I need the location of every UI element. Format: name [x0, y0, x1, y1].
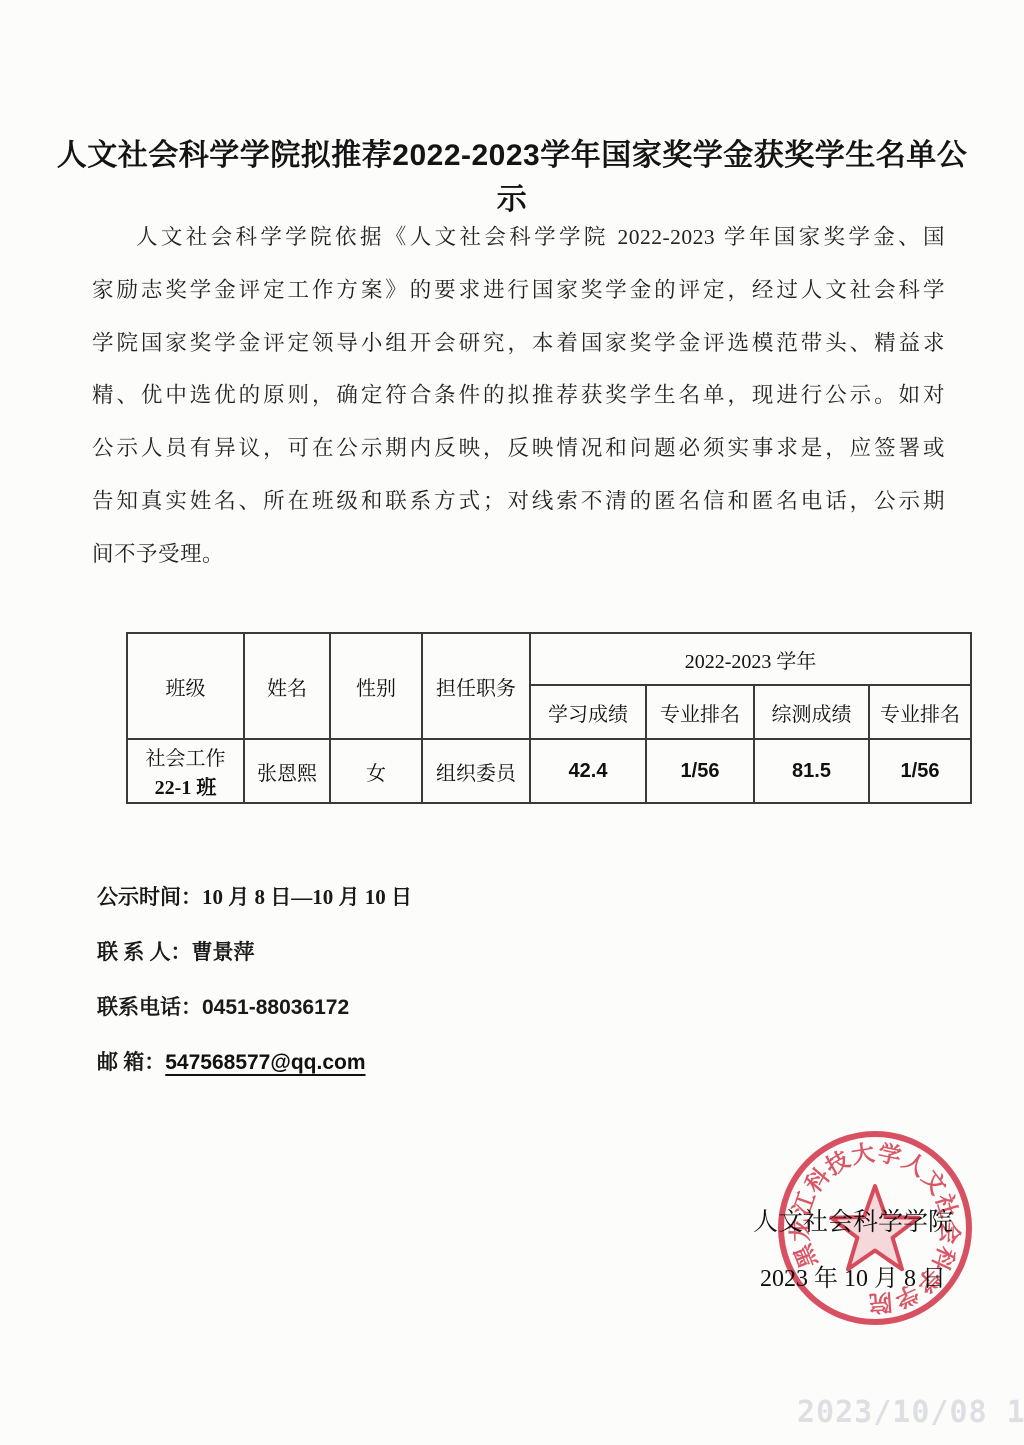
- col-header-gender: 性别: [330, 633, 422, 739]
- col-header-major-rank: 专业排名: [646, 685, 754, 739]
- cell-major-rank: 1/56: [646, 739, 754, 803]
- cell-class: 社会工作 22-1 班: [127, 739, 244, 803]
- award-table: 班级 姓名 性别 担任职务 2022-2023 学年 学习成绩 专业排名 综测成…: [126, 632, 972, 804]
- publicity-period-label: 公示时间：: [97, 885, 202, 909]
- timestamp-watermark: 2023/10/08 15:1: [797, 1395, 1024, 1430]
- paragraph-line: 精、优中选优的原则，确定符合条件的拟推荐获奖学生名单，现进行公示。如对: [92, 369, 945, 422]
- contact-person-line: 联 系 人：曹景萍: [97, 925, 412, 980]
- paragraph-line: 家励志奖学金评定工作方案》的要求进行国家奖学金的评定，经过人文社会科学: [92, 264, 945, 317]
- col-header-position: 担任职务: [422, 633, 530, 739]
- table-row: 社会工作 22-1 班 张恩熙 女 组织委员 42.4 1/56 81.5 1/…: [127, 739, 971, 803]
- cell-class-line2: 22-1 班: [128, 771, 243, 800]
- cell-gender: 女: [330, 739, 422, 803]
- document-title: 人文社会科学学院拟推荐2022-2023学年国家奖学金获奖学生名单公示: [50, 130, 974, 218]
- col-header-comprehensive-score: 综测成绩: [754, 685, 869, 739]
- signature-date: 2023 年 10 月 8 日: [760, 1258, 946, 1293]
- contact-block: 公示时间：10 月 8 日—10 月 10 日 联 系 人：曹景萍 联系电话：0…: [97, 870, 412, 1090]
- document-page: 人文社会科学学院拟推荐2022-2023学年国家奖学金获奖学生名单公示 人文社会…: [0, 0, 1024, 1445]
- signature-organization: 人文社会科学学院: [753, 1202, 953, 1238]
- table-header-row-1: 班级 姓名 性别 担任职务 2022-2023 学年: [127, 633, 971, 685]
- contact-phone-line: 联系电话：0451-88036172: [97, 980, 412, 1035]
- contact-person-value: 曹景萍: [192, 940, 255, 964]
- paragraph-line: 告知真实姓名、所在班级和联系方式；对线索不清的匿名信和匿名电话，公示期: [92, 475, 945, 528]
- paragraph-line: 公示人员有异议，可在公示期内反映，反映情况和问题必须实事求是，应签署或: [92, 422, 945, 475]
- cell-study-score: 42.4: [530, 739, 646, 803]
- body-paragraph: 人文社会科学学院依据《人文社会科学学院 2022-2023 学年国家奖学金、国 …: [92, 211, 945, 581]
- col-header-study-score: 学习成绩: [530, 685, 646, 739]
- paragraph-line: 人文社会科学学院依据《人文社会科学学院 2022-2023 学年国家奖学金、国: [92, 211, 945, 264]
- cell-comprehensive-score: 81.5: [754, 739, 869, 803]
- contact-phone-label: 联系电话：: [97, 995, 202, 1019]
- cell-name: 张恩熙: [244, 739, 330, 803]
- col-header-name: 姓名: [244, 633, 330, 739]
- cell-class-line1: 社会工作: [128, 742, 243, 771]
- cell-major-rank-2: 1/56: [869, 739, 971, 803]
- contact-email-label: 邮 箱：: [97, 1050, 165, 1074]
- paragraph-line: 间不予受理。: [92, 528, 945, 581]
- col-header-class: 班级: [127, 633, 244, 739]
- publicity-period-value: 10 月 8 日—10 月 10 日: [202, 885, 412, 909]
- paragraph-line: 学院国家奖学金评定领导小组开会研究，本着国家奖学金评选模范带头、精益求: [92, 317, 945, 370]
- contact-person-label: 联 系 人：: [97, 940, 192, 964]
- cell-position: 组织委员: [422, 739, 530, 803]
- publicity-period-line: 公示时间：10 月 8 日—10 月 10 日: [97, 870, 412, 925]
- contact-email-line: 邮 箱：547568577@qq.com: [97, 1035, 412, 1090]
- col-header-academic-year: 2022-2023 学年: [530, 633, 971, 685]
- email-link[interactable]: 547568577@qq.com: [165, 1051, 365, 1074]
- col-header-major-rank-2: 专业排名: [869, 685, 971, 739]
- contact-phone-value: 0451-88036172: [202, 996, 349, 1019]
